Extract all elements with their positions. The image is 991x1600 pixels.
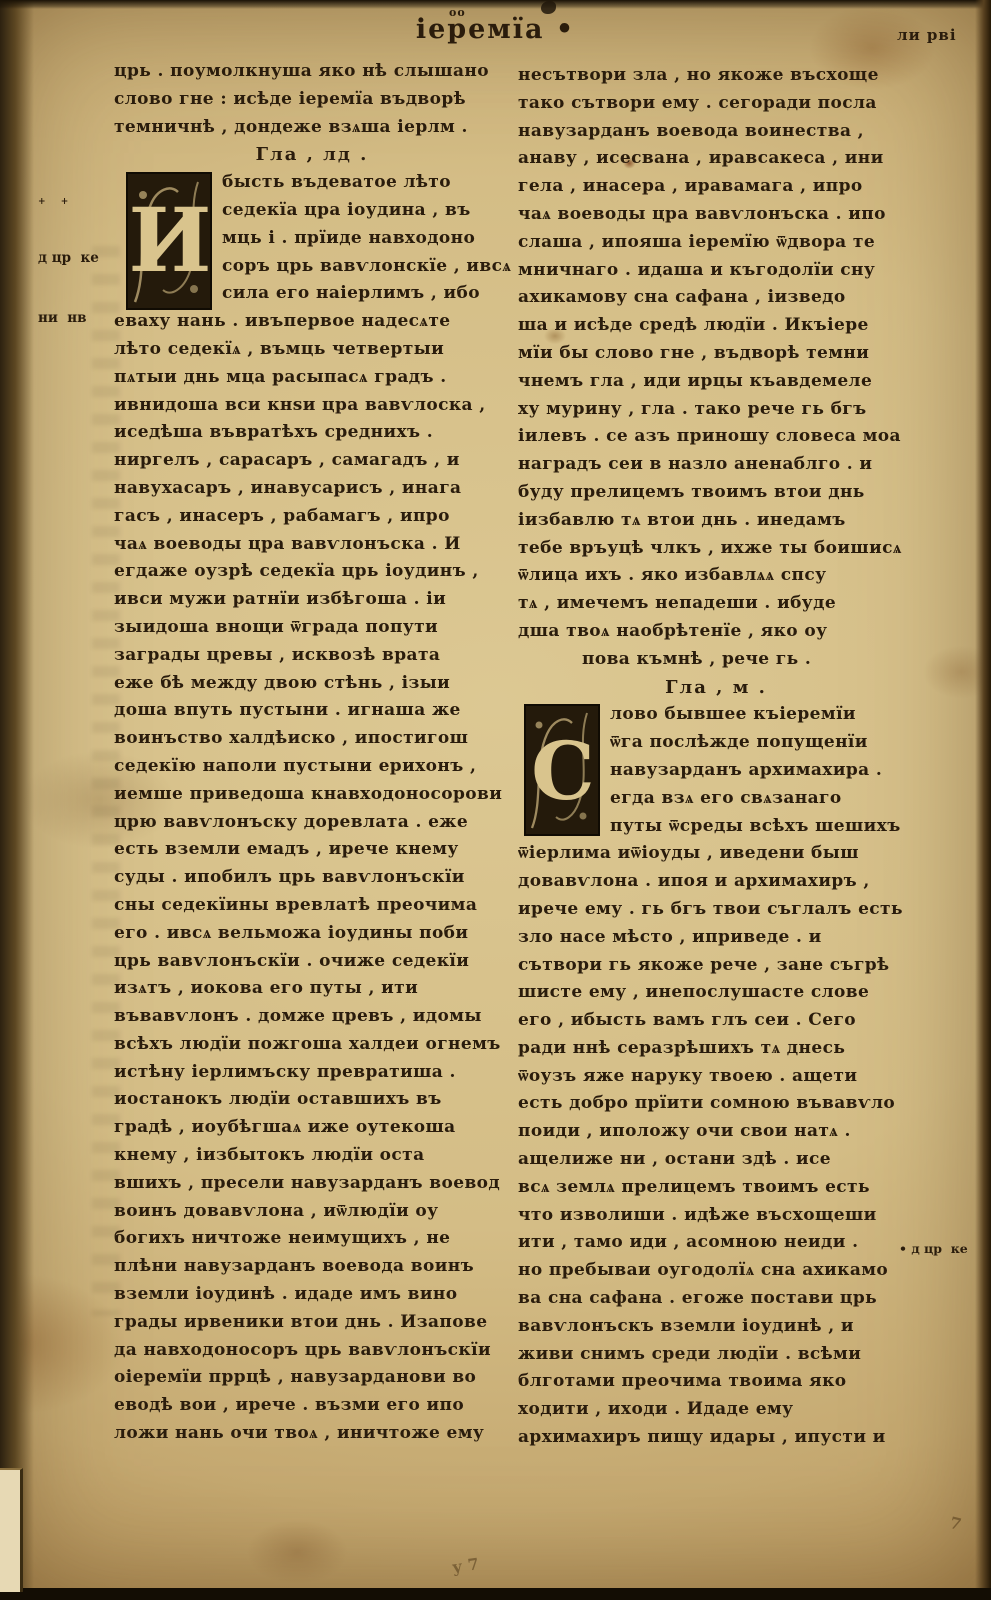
page-bottom-edge <box>0 1588 991 1600</box>
text-line: кнему , іизбытокъ людїи оста <box>114 1142 510 1170</box>
chapter-heading-40: Гла , м . <box>518 674 914 702</box>
text-line: ѿлица ихъ . яко избавлѧѧ спсу <box>518 562 914 590</box>
text-line: ниргелъ , сарасаръ , самагадъ , и <box>114 447 510 475</box>
text-line: иемше приведоша кнавходоносорови <box>114 781 510 809</box>
text-line: чаѧ воеводы цра вавѵлонъска . ипо <box>518 201 914 229</box>
margin-reference-line: д цр ке <box>38 248 99 268</box>
text-line: ѿоузъ яже наруку твоею . ащети <box>518 1063 914 1091</box>
margin-reference-line: ни нв <box>38 308 99 328</box>
text-line: несътвори зла , но якоже въсхоще <box>518 62 914 90</box>
text-line: егдаже оузрѣ седекїа црь іоудинъ , <box>114 558 510 586</box>
text-line: богихъ ничтоже неимущихъ , не <box>114 1225 510 1253</box>
text-line: суды . ипобилъ црь вавѵлонъскїи <box>114 864 510 892</box>
text-line: слово гне : исѣде іеремїа въдворѣ <box>114 86 510 114</box>
text-line: блготами преочима твоима яко <box>518 1368 914 1396</box>
text-line: есть вземли емадъ , ирече кнему <box>114 836 510 864</box>
text-line: ивси мужи ратнїи избѣгоша . іи <box>114 586 510 614</box>
intro-lines: црь . поумолкнуша яко нѣ слышанослово гн… <box>114 58 510 141</box>
text-line: шисте ему , инепослушасте слове <box>518 979 914 1007</box>
text-line: градѣ , иоубѣгшаѧ иже оутекоша <box>114 1114 510 1142</box>
text-line: но пребываи оугодолїѧ сна ахикамо <box>518 1257 914 1285</box>
body-lines: еваху нань . ивъпервое надесѧтелѣто седе… <box>114 308 510 1448</box>
text-line: чнемъ гла , иди ирцы къавдемеле <box>518 368 914 396</box>
text-line: навузарданъ воевода воинества , <box>518 118 914 146</box>
text-line: воинъство халдѣиско , ипостигош <box>114 725 510 753</box>
body-lines: несътвори зла , но якоже въсхощетако сът… <box>518 62 914 646</box>
text-line: іизбавлю тѧ втои днь . инедамъ <box>518 507 914 535</box>
chapter-initial-block: С лово бывшее къіеремїиѿга послѣжде попу… <box>518 701 914 840</box>
text-line: зыидоша внощи ѿграда попути <box>114 614 510 642</box>
left-text-column: црь . поумолкнуша яко нѣ слышанослово гн… <box>114 58 510 1448</box>
text-line: тебе връуцѣ члкъ , ихже ты боишисѧ <box>518 535 914 563</box>
text-line: иостанокъ людїи оставшихъ въ <box>114 1086 510 1114</box>
margin-note-left: + + д цр ке ни нв <box>38 156 99 368</box>
text-line: ити , тамо иди , асомною неиди . <box>518 1229 914 1257</box>
text-line: воинъ довавѵлона , иѿлюдїи оу <box>114 1198 510 1226</box>
text-line: въвавѵлонъ . домже цревъ , идомы <box>114 1003 510 1031</box>
text-line: сны седекїины вревлатѣ преочима <box>114 892 510 920</box>
text-line: ирече ему . гь бгъ твои съглалъ есть <box>518 896 914 924</box>
text-line: его . ивсѧ вельможа іоудины поби <box>114 920 510 948</box>
curled-page-corner <box>0 1468 23 1592</box>
text-line: вавѵлонъскъ вземли іоудинѣ , и <box>518 1313 914 1341</box>
text-line: довавѵлона . ипоя и архимахиръ , <box>518 868 914 896</box>
text-line: его , ибысть вамъ глъ сеи . Сего <box>518 1007 914 1035</box>
text-line: дша твоѧ наобрѣтенїе , яко оу <box>518 618 914 646</box>
text-line: плѣни навузарданъ воевода воинъ <box>114 1253 510 1281</box>
page-right-edge <box>975 0 991 1600</box>
chapter-initial-block: И бысть въдеватое лѣтоседекїа цра іоудин… <box>114 169 510 308</box>
chapter-heading-39: Гла , лд . <box>114 141 510 169</box>
text-line: иседѣша въвратѣхъ среднихъ . <box>114 419 510 447</box>
text-line: чаѧ воеводы цра вавѵлонъска . И <box>114 531 510 559</box>
right-text-column: несътвори зла , но якоже въсхощетако сът… <box>518 62 914 1452</box>
text-line: еже бѣ между двою стѣнь , ізыи <box>114 670 510 698</box>
text-line: темничнѣ , дондеже взѧша іерлм . <box>114 114 510 142</box>
ink-smudge <box>541 1 556 14</box>
text-line: вшихъ , пресели навузарданъ воевод <box>114 1170 510 1198</box>
text-line: седекїю наполи пустыни ерихонъ , <box>114 753 510 781</box>
text-line: мїи бы слово гне , въдворѣ темни <box>518 340 914 368</box>
folio-number: ли рві <box>897 26 957 44</box>
text-line: истѣну іерлимъску превратиша . <box>114 1059 510 1087</box>
text-line: наградъ сеи в назло аненаблго . и <box>518 451 914 479</box>
text-line: всѣхъ людїи пожгоша халдеи огнемъ <box>114 1031 510 1059</box>
text-line: мничнаго . идаша и къгодолїи сну <box>518 257 914 285</box>
text-line: еваху нань . ивъпервое надесѧте <box>114 308 510 336</box>
verse-end-line: пова къмнѣ , рече гь . <box>518 646 914 674</box>
text-line: гасъ , инасеръ , рабамагъ , ипро <box>114 503 510 531</box>
initial-letter: С <box>531 724 595 818</box>
text-line: ахикамову сна сафана , іизведо <box>518 284 914 312</box>
text-line: ѿіерлима иѿіоуды , иведени быш <box>518 840 914 868</box>
page-top-edge <box>0 0 991 9</box>
manuscript-page: оо іеремїа • ли рві + + д цр ке ни нв • … <box>0 0 991 1600</box>
text-line: оіеремїи пррцѣ , навузарданови во <box>114 1364 510 1392</box>
text-line: гела , инасера , иравамага , ипро <box>518 173 914 201</box>
text-line: слаша , ипояша іеремїю ѿдвора те <box>518 229 914 257</box>
text-line: зло насе мѣсто , иприведе . и <box>518 924 914 952</box>
text-line: поиди , иположу очи свои натѧ . <box>518 1118 914 1146</box>
text-line: буду прелицемъ твоимъ втои днь <box>518 479 914 507</box>
text-line: грады ирвеники втои днь . Изапове <box>114 1309 510 1337</box>
text-line: ва сна сафана . егоже постави црь <box>518 1285 914 1313</box>
text-line: что изволиши . идѣже въсхощеши <box>518 1202 914 1230</box>
text-line: архимахиръ пищу идары , ипусти и <box>518 1424 914 1452</box>
text-line: вземли іоудинѣ . идаде имъ вино <box>114 1281 510 1309</box>
text-line: ложи нань очи твоѧ , иничтоже ему <box>114 1420 510 1448</box>
running-title: іеремїа • <box>0 14 991 45</box>
text-line: ащелиже ни , остани здѣ . исе <box>518 1146 914 1174</box>
binding-gutter-shadow <box>0 0 34 1600</box>
text-line: црь . поумолкнуша яко нѣ слышано <box>114 58 510 86</box>
text-line: ху мурину , гла . тако рече гь бгъ <box>518 396 914 424</box>
text-line: ради ннѣ серазрѣшихъ тѧ днесь <box>518 1035 914 1063</box>
text-line: пѧтыи днь мца расыпасѧ градъ . <box>114 364 510 392</box>
text-line: живи снимъ среди людїи . всѣми <box>518 1341 914 1369</box>
text-line: всѧ землѧ прелицемъ твоимъ есть <box>518 1174 914 1202</box>
text-line: тако сътвори ему . сегоради посла <box>518 90 914 118</box>
text-line: лѣто седекїѧ , въмць четвертыи <box>114 336 510 364</box>
text-line: анаву , исесвана , иравсакеса , ини <box>518 145 914 173</box>
text-line: навухасаръ , инавусарисъ , инага <box>114 475 510 503</box>
text-line: ходити , иходи . Идаде ему <box>518 1396 914 1424</box>
text-line: тѧ , имечемъ непадеши . ибуде <box>518 590 914 618</box>
text-line: еводѣ вои , ирече . възми его ипо <box>114 1392 510 1420</box>
woodcut-initial-icon: С <box>524 704 600 836</box>
pen-scribble: 7 <box>948 1513 963 1534</box>
text-line: изѧтъ , иокова его путы , ити <box>114 975 510 1003</box>
margin-cross-marks: + + <box>38 196 99 208</box>
text-line: доша впуть пустыни . игнаша же <box>114 697 510 725</box>
text-line: да навходоносоръ црь вавѵлонъскїи <box>114 1337 510 1365</box>
text-line: іилевъ . се азъ приношу словеса моа <box>518 423 914 451</box>
text-line: црь вавѵлонъскїи . очиже седекїи <box>114 948 510 976</box>
text-line: заграды цревы , исквозѣ врата <box>114 642 510 670</box>
text-line: ивнидоша вси кнѕи цра вавѵлоска , <box>114 392 510 420</box>
woodcut-initial-icon: И <box>126 172 212 310</box>
initial-letter: И <box>128 188 211 292</box>
text-line: есть добро прїити сомною въвавѵло <box>518 1090 914 1118</box>
text-line: сътвори гь якоже рече , зане съгрѣ <box>518 952 914 980</box>
body-lines: ѿіерлима иѿіоуды , иведени бышдовавѵлона… <box>518 840 914 1452</box>
text-line: ша и исѣде средѣ людїи . Икъіере <box>518 312 914 340</box>
text-line: црю вавѵлонъску доревлата . еже <box>114 809 510 837</box>
pen-scribble: у 7 <box>451 1554 480 1577</box>
